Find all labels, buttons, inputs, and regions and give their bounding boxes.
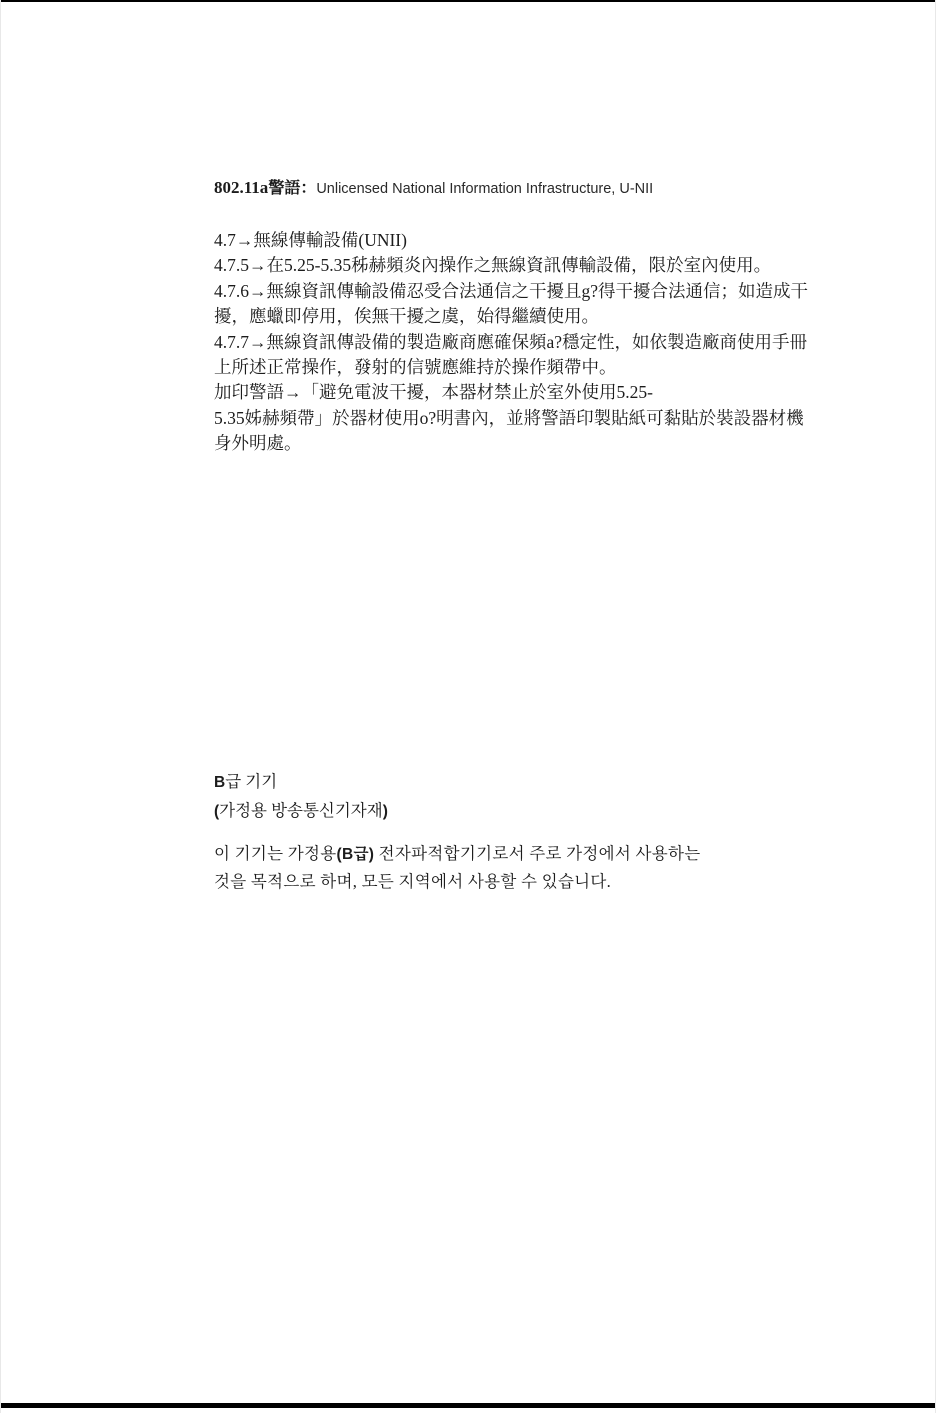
doc-line: 4.7.5→在5.25-5.35秭赫頻炎內操作之無線資訊傳輸設備，限於室內使用。 — [214, 253, 759, 278]
doc-line: 4.7.6→無線資訊傳輸設備忍受合法通信之干擾且g?得干擾合法通信；如造成干 — [214, 279, 759, 304]
korean-body-paragraph: 이 기기는 가정용(B급) 전자파적합기기로서 주로 가정에서 사용하는 것을 … — [214, 840, 734, 895]
doc-line: 身外明處。 — [214, 431, 759, 456]
korean-subheading-close-paren: ) — [383, 803, 388, 820]
title-english-text: Unlicensed National Information Infrastr… — [316, 181, 653, 197]
korean-body1-pre: 이 기기는 가정용 — [214, 844, 337, 863]
document-page: 802.11a警語：Unlicensed National Informatio… — [0, 0, 936, 1413]
doc-line: 이 기기는 가정용(B급) 전자파적합기기로서 주로 가정에서 사용하는 — [214, 840, 734, 868]
doc-line: 擾，應蠟即停用，俟無干擾之虞，始得繼續使用。 — [214, 304, 759, 329]
title-warning-label: 警語： — [268, 180, 316, 197]
doc-line: 것을 목적으로 하며, 모든 지역에서 사용할 수 있습니다. — [214, 868, 734, 895]
korean-heading-rest: 급 기기 — [225, 772, 277, 791]
top-border-rule — [1, 0, 936, 2]
bottom-border-rule — [1, 1403, 936, 1408]
section-title-80211a: 802.11a警語：Unlicensed National Informatio… — [214, 177, 854, 200]
korean-body1-class-marker: (B급) — [337, 846, 375, 863]
korean-heading: B급 기기 — [214, 768, 734, 797]
doc-line: 4.7.7→無線資訊傳設備的製造廠商應確保頻a?穩定性，如依製造廠商使用手冊 — [214, 330, 759, 355]
korean-subheading: (가정용 방송통신기자재) — [214, 797, 734, 826]
doc-line: 加印警語→「避免電波干擾，本器材禁止於室外使用5.25- — [214, 380, 759, 405]
doc-line: 上所述正常操作，發射的信號應維持於操作頻帶中。 — [214, 355, 759, 380]
unii-warning-paragraph: 4.7→無線傳輸設備(UNII) 4.7.5→在5.25-5.35秭赫頻炎內操作… — [214, 228, 759, 457]
korean-body1-post: 전자파적합기기로서 주로 가정에서 사용하는 — [374, 844, 700, 863]
doc-line: 4.7→無線傳輸設備(UNII) — [214, 228, 759, 253]
korean-class-b-notice: B급 기기 (가정용 방송통신기자재) 이 기기는 가정용(B급) 전자파적합기… — [214, 768, 734, 895]
doc-line: 5.35姊赫頻帶」於器材使用o?明書內，並將警語印製貼紙可黏貼於裝設器材機 — [214, 406, 759, 431]
korean-subheading-text: 가정용 방송통신기자재 — [219, 801, 383, 820]
korean-heading-class-letter: B — [214, 774, 225, 791]
title-standard-number: 802.11a — [214, 178, 268, 197]
